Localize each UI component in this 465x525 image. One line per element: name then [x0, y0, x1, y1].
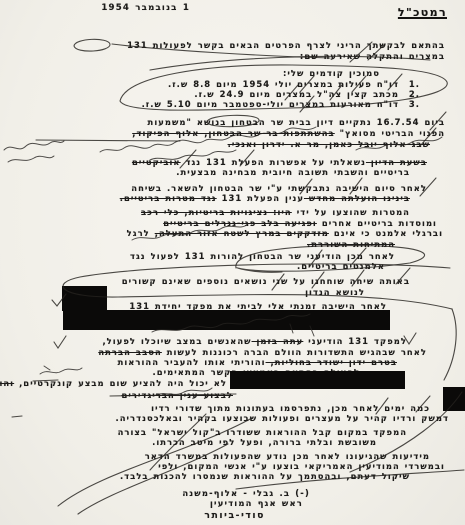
ref-item-1: .1 דו"ח פעילות במצרים יולי 1954 מיום 8.8… [168, 79, 420, 89]
ref-number: .3 [409, 99, 420, 109]
para8-line2: לאחר שבהגיש התשדורות הוולם הברה רכוננות … [98, 347, 427, 357]
text-segment: שהאנשים במצב שיוכלו לפעול, [102, 336, 251, 346]
text-segment: לרגל [127, 228, 155, 238]
para3-line1: לאחר סיום הישיבה נתבקשתי ע"י שר הבטחון ל… [131, 183, 427, 193]
para6-line2: לנושא הנדון [305, 287, 365, 297]
para12-line3: שיקול דעתם, ובהסתמך על ההוראות שנמסרו לה… [120, 471, 410, 481]
struck-text: עתה בזמן [252, 336, 304, 346]
text-segment: נשאלתי על אפשרות הפעלת 131 נגד [181, 157, 366, 167]
text-segment: למפקד 131 הודיעני [303, 336, 407, 346]
text-segment: לאחר שבהגיש התשדורות הוולם הברה רכוננות … [162, 347, 427, 357]
redaction-bar [443, 387, 465, 411]
para11-line1: המפקד במקום קבל ההוראות ששודרו ב"קול ישר… [118, 427, 407, 437]
struck-text: ופגיעה בלב פגי-גנרלים בריטיים [163, 218, 317, 228]
struck-text: בהשתתפות בר שר הבטחון, אלוף הפיקוד, [132, 128, 334, 138]
classification-stamp: סודי-ביותר [204, 511, 265, 521]
para11-line2: משובשת ובלתי ברורה, ופעל לפי מיטב הכרתו. [152, 437, 377, 447]
para10-line2: דמשק ורדיו קהיר על מעצרים ופעולות שבוצעו… [115, 413, 449, 423]
redaction-bar [62, 286, 107, 311]
para9-line1: לא יכול היה להציע שום מבצע קונקרטיים, וה… [0, 378, 227, 388]
para9-line2-struck: לבצוע ענין הבריגדירים [121, 390, 233, 400]
ref-number: .2 [409, 89, 420, 99]
ref-text: דו"ח מאורעות במצרים יולי-ספטמבר מיום 5.1… [142, 99, 399, 109]
struck-text: בשעת הדיון [366, 157, 427, 167]
para4-line1: המטרות שהוצעו על ידי היו: נציגויות בריטי… [141, 207, 410, 217]
struck-text: בטרם ידון ישודר בחוליות, [266, 357, 397, 367]
para2-line5: בריטיים והשבתי תשובה חיובית מבחינה מבצעי… [176, 167, 410, 177]
text-segment: ענין הפעלת 131 [217, 193, 304, 203]
para12-line1: מידיעות שהגיעונו לאחר מכן נודע שהפעולות … [145, 451, 430, 461]
para3-line2: בינינו הועלתה מחדש ענין הפעלת 131 נגד מט… [120, 193, 410, 203]
text-segment: וברגלי אלמנט כי אינם [329, 228, 443, 238]
text-segment: לא יכול היה להציע שום מבצע קונקרטיים, [14, 378, 227, 388]
memo-date: 1 בנובמבר 1954 [101, 3, 190, 13]
ref-number: .1 [409, 79, 420, 89]
para10-line1: כמה ימים לאחר מכן, נתפרסמו בעתונות מתוך … [151, 403, 430, 413]
struck-text: הסבב הברתה [98, 347, 161, 357]
ref-text: דו"ח פעילות במצרים יולי 1954 מיום 8.8 ש.… [168, 79, 399, 89]
scanned-memo-page: 1 בנובמבר 1954 רמטכ"ל בהתאם לבקשתך הריני… [0, 0, 465, 525]
ref-item-2: .2 מכתב קצין צה"ל במצרים מיום 24.9 ש.ז. [194, 89, 420, 99]
ref-heading: סמוכין קודמים שלי: [283, 68, 380, 78]
text-segment: ומוסדות בריטיים אחרים [317, 218, 437, 228]
memo-addressee: רמטכ"ל [398, 8, 447, 18]
para1-line2: במצרים והתקלה שאירעה שם: [300, 51, 445, 61]
signature-name: (-) ב. גבלי - אלוף-משנה [182, 488, 310, 498]
para4-line4-struck: המתיחות השוררת. [307, 239, 395, 249]
struck-text: בינינו הועלתה מחדש [304, 193, 410, 203]
para8-line3: בטרם ידון ישודר בחוליות, והוריתי אותו לה… [118, 357, 397, 367]
para2-line4: בשעת הדיון נשאלתי על אפשרות הפעלת 131 נג… [132, 157, 427, 167]
para12-line2: ובמשרדי המודיעין האמריקאי בוצעו ע"י אנשי… [158, 461, 445, 471]
text-segment: והוריתי אותו להעביר ההוראות [118, 357, 266, 367]
redaction-bar [230, 371, 405, 389]
ref-text: מכתב קצין צה"ל במצרים מיום 24.9 ש.ז. [194, 89, 399, 99]
para2-line3-struck: שבג אלוף יובל כאמן, מר א. ידרון ואנכי. [228, 139, 430, 149]
para5-line2: אלמנטים בריטיים. [297, 261, 385, 271]
para4-line2: ומוסדות בריטיים אחרים ופגיעה בלב פגי-גנר… [163, 218, 437, 228]
struck-text: נגד מטרות בריטיים. [120, 193, 217, 203]
ref-item-3: .3 דו"ח מאורעות במצרים יולי-ספטמבר מיום … [142, 99, 420, 109]
text-segment: המטרות שהוצעו על ידי [292, 207, 410, 217]
struck-text: היו: נציגויות בריטיות, כלי רכב [141, 207, 292, 217]
para1-line1: בהתאם לבקשתך הריני לצרף הפרטים הבאים בקש… [127, 40, 445, 50]
struck-text: מזדקקים במרץ לשטח אזור התעלה, [155, 228, 329, 238]
struck-text: והוריתי- [0, 378, 14, 388]
para4-line3: וברגלי אלמנט כי אינם מזדקקים במרץ לשטח א… [127, 228, 443, 238]
para8-line1: למפקד 131 הודיעני עתה בזמן שהאנשים במצב … [102, 336, 407, 346]
para6-line1: באותה שיחה שוחחנו על שני נושאים נוספים ש… [122, 276, 410, 286]
text-segment: הפנוי הבריטי מסואץ" [335, 128, 445, 138]
para2-line1: ביום 16.7.54 נתקיים דיון בבית שר הבטחון … [148, 117, 445, 127]
struck-text: אוביקטיים [132, 157, 181, 167]
para2-line2: הפנוי הבריטי מסואץ" בהשתתפות בר שר הבטחו… [132, 128, 445, 138]
signature-title: ראש אגף המודיעין [210, 498, 303, 508]
redaction-bar [63, 310, 390, 330]
para5-line1: לאחר מכן הודיעני שר הבטחון להורות 131 לפ… [130, 251, 395, 261]
